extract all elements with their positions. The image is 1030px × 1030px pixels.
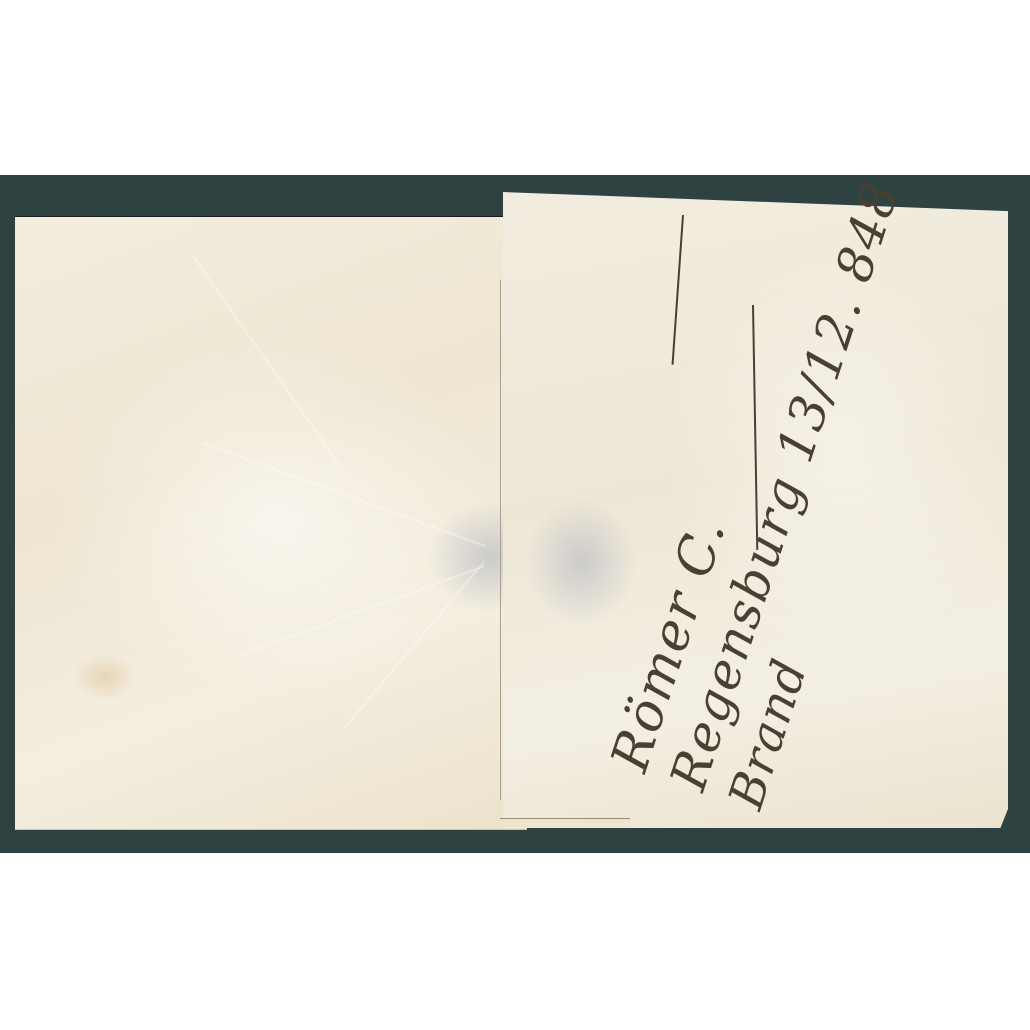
torn-paper-edge bbox=[500, 818, 630, 827]
paper-crease bbox=[203, 443, 486, 547]
paper-crease bbox=[342, 561, 485, 731]
letter-back-panel bbox=[15, 217, 527, 830]
paper-crease bbox=[193, 257, 344, 471]
paper-crease bbox=[240, 565, 485, 656]
